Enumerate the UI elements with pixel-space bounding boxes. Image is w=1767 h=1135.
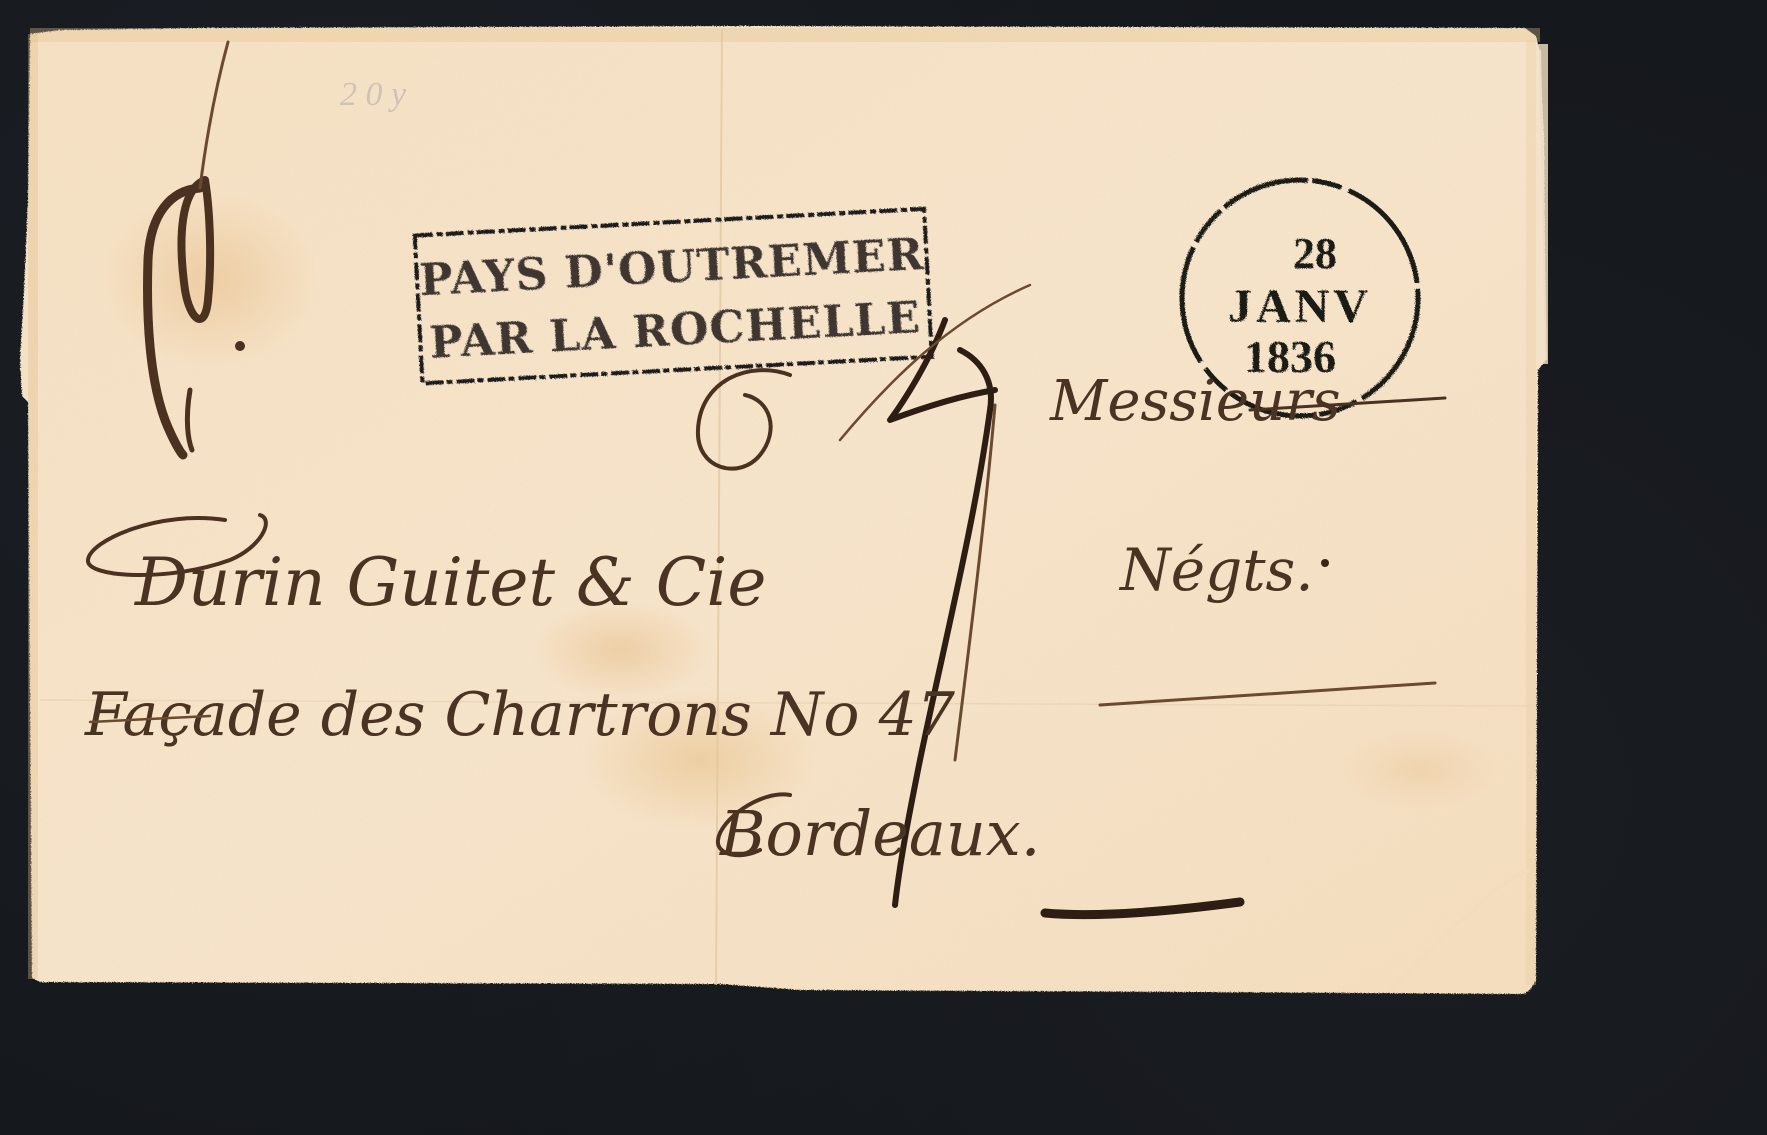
address-addressee: Durin Guitet & Cie <box>134 544 766 621</box>
address-city: Bordeaux. <box>719 797 1040 870</box>
address-street: Façade des Chartrons No 47 <box>84 680 956 750</box>
folded-letter: 2 0 y PAYS D'OUTREMER PAR LA ROCHELLE 28… <box>0 0 1767 1135</box>
datestamp-month: JANV <box>1228 280 1372 333</box>
pencil-text: 2 0 y <box>340 76 407 113</box>
letter-photograph: 2 0 y PAYS D'OUTREMER PAR LA ROCHELLE 28… <box>0 0 1767 1135</box>
address-title: Négts. <box>1118 536 1314 604</box>
pencil-notation: 2 0 y <box>340 76 407 113</box>
address-salutation: Messieurs <box>1049 369 1341 434</box>
datestamp-day: 28 <box>1293 229 1337 278</box>
